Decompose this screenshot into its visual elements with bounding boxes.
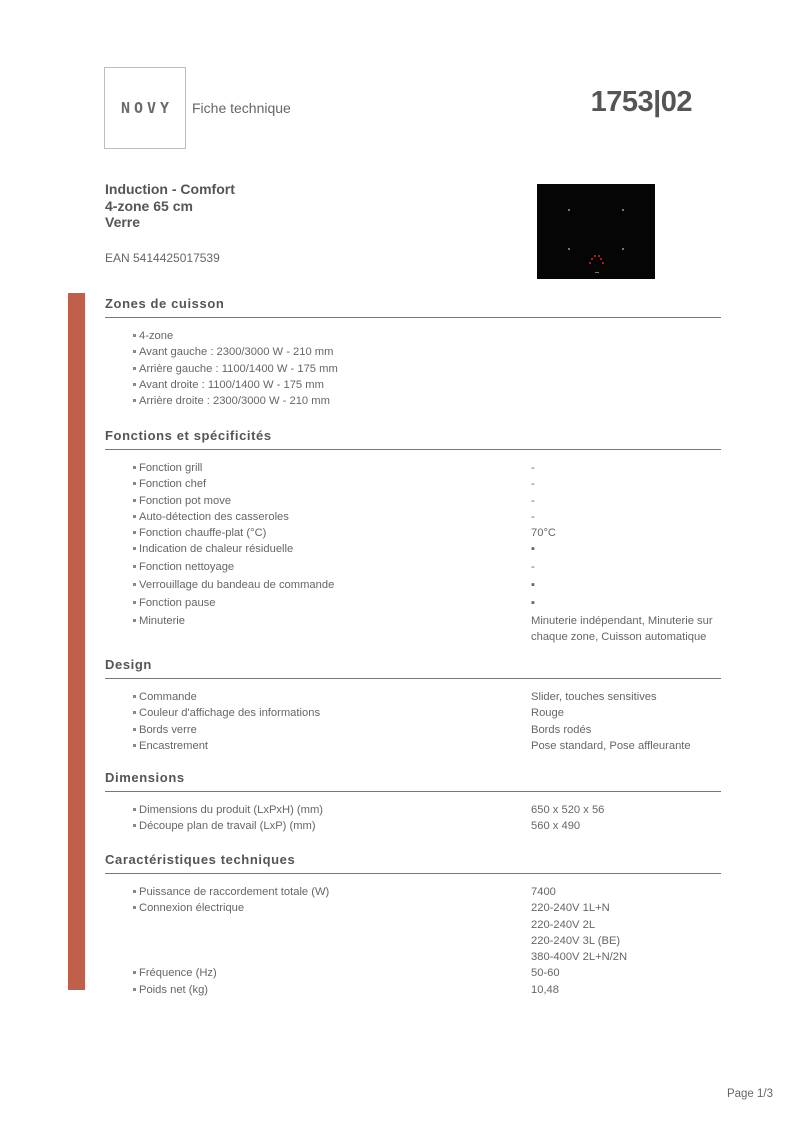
spec-label-text: Encastrement bbox=[133, 740, 208, 752]
spec-value: ▪ bbox=[531, 577, 721, 593]
spec-label: Fonction chef bbox=[105, 476, 531, 492]
spec-label: Fréquence (Hz) bbox=[105, 965, 531, 981]
spec-label: Connexion électrique bbox=[105, 900, 531, 965]
spec-label-text: Arrière droite : 2300/3000 W - 210 mm bbox=[133, 395, 330, 407]
spec-label: Fonction chauffe-plat (°C) bbox=[105, 525, 531, 541]
spec-label-text: Fonction nettoyage bbox=[133, 561, 234, 573]
spec-list: CommandeSlider, touches sensitivesCouleu… bbox=[105, 689, 721, 754]
spec-value: 220-240V 1L+N 220-240V 2L 220-240V 3L (B… bbox=[531, 900, 721, 965]
section-title: Dimensions bbox=[105, 770, 721, 792]
spec-label-text: Fonction pause bbox=[133, 597, 216, 609]
spec-row: Bords verreBords rodés bbox=[105, 722, 721, 738]
spec-label: Avant droite : 1100/1400 W - 175 mm bbox=[105, 377, 531, 393]
spec-row: Découpe plan de travail (LxP) (mm)560 x … bbox=[105, 818, 721, 834]
spec-label-text: Puissance de raccordement totale (W) bbox=[133, 886, 329, 898]
spec-label-text: Dimensions du produit (LxPxH) (mm) bbox=[133, 804, 323, 816]
spec-row: CommandeSlider, touches sensitives bbox=[105, 689, 721, 705]
spec-value bbox=[531, 377, 721, 393]
spec-value bbox=[531, 328, 721, 344]
spec-label: Arrière droite : 2300/3000 W - 210 mm bbox=[105, 393, 531, 409]
spec-row: 4-zone bbox=[105, 328, 721, 344]
novy-logo: NOVY bbox=[104, 67, 186, 149]
document-type: Fiche technique bbox=[192, 100, 291, 116]
spec-row: Couleur d'affichage des informationsRoug… bbox=[105, 705, 721, 721]
spec-value: Minuterie indépendant, Minuterie sur cha… bbox=[531, 613, 721, 646]
spec-label-text: Découpe plan de travail (LxP) (mm) bbox=[133, 820, 316, 832]
spec-label: Fonction grill bbox=[105, 460, 531, 476]
spec-value: - bbox=[531, 476, 721, 492]
spec-label-text: Fréquence (Hz) bbox=[133, 967, 217, 979]
spec-label-text: Fonction chauffe-plat (°C) bbox=[133, 527, 266, 539]
spec-value: - bbox=[531, 559, 721, 575]
spec-row: EncastrementPose standard, Pose affleura… bbox=[105, 738, 721, 754]
spec-label-text: Verrouillage du bandeau de commande bbox=[133, 579, 334, 591]
section-dimensions: DimensionsDimensions du produit (LxPxH) … bbox=[105, 770, 721, 835]
spec-row: Puissance de raccordement totale (W)7400 bbox=[105, 884, 721, 900]
product-title-line: 4-zone 65 cm bbox=[105, 198, 235, 215]
spec-row: MinuterieMinuterie indépendant, Minuteri… bbox=[105, 613, 721, 646]
spec-value: ▪ bbox=[531, 541, 721, 557]
spec-label: Minuterie bbox=[105, 613, 531, 646]
spec-value: - bbox=[531, 493, 721, 509]
spec-list: Fonction grill-Fonction chef-Fonction po… bbox=[105, 460, 721, 645]
spec-row: Connexion électrique220-240V 1L+N 220-24… bbox=[105, 900, 721, 965]
spec-label-text: Fonction chef bbox=[133, 478, 206, 490]
spec-label: Avant gauche : 2300/3000 W - 210 mm bbox=[105, 344, 531, 360]
spec-value: Bords rodés bbox=[531, 722, 721, 738]
logo-text: NOVY bbox=[121, 99, 173, 117]
spec-list: Dimensions du produit (LxPxH) (mm)650 x … bbox=[105, 802, 721, 835]
spec-row: Fonction pot move- bbox=[105, 493, 721, 509]
spec-value: Slider, touches sensitives bbox=[531, 689, 721, 705]
spec-label: Fonction pause bbox=[105, 595, 531, 611]
spec-label-text: 4-zone bbox=[133, 330, 173, 342]
spec-label: Verrouillage du bandeau de commande bbox=[105, 577, 531, 593]
spec-label-text: Avant gauche : 2300/3000 W - 210 mm bbox=[133, 346, 333, 358]
ean-code: EAN 5414425017539 bbox=[105, 251, 220, 265]
spec-label: Arrière gauche : 1100/1400 W - 175 mm bbox=[105, 361, 531, 377]
spec-label: 4-zone bbox=[105, 328, 531, 344]
spec-label-text: Poids net (kg) bbox=[133, 984, 208, 996]
spec-label-text: Fonction pot move bbox=[133, 495, 231, 507]
spec-label-text: Connexion électrique bbox=[133, 902, 244, 914]
spec-label: Dimensions du produit (LxPxH) (mm) bbox=[105, 802, 531, 818]
product-title-line: Induction - Comfort bbox=[105, 181, 235, 198]
spec-list: Puissance de raccordement totale (W)7400… bbox=[105, 884, 721, 998]
product-title: Induction - Comfort 4-zone 65 cm Verre bbox=[105, 181, 235, 231]
spec-value: 50-60 bbox=[531, 965, 721, 981]
spec-value: 560 x 490 bbox=[531, 818, 721, 834]
spec-value bbox=[531, 393, 721, 409]
spec-label-text: Avant droite : 1100/1400 W - 175 mm bbox=[133, 379, 324, 391]
spec-label-text: Arrière gauche : 1100/1400 W - 175 mm bbox=[133, 363, 338, 375]
spec-row: Verrouillage du bandeau de commande▪ bbox=[105, 577, 721, 593]
spec-row: Avant droite : 1100/1400 W - 175 mm bbox=[105, 377, 721, 393]
spec-row: Avant gauche : 2300/3000 W - 210 mm bbox=[105, 344, 721, 360]
spec-label-text: Fonction grill bbox=[133, 462, 202, 474]
spec-row: Fréquence (Hz)50-60 bbox=[105, 965, 721, 981]
spec-row: Arrière gauche : 1100/1400 W - 175 mm bbox=[105, 361, 721, 377]
spec-value bbox=[531, 361, 721, 377]
spec-value: 650 x 520 x 56 bbox=[531, 802, 721, 818]
page-number: Page 1/3 bbox=[727, 1088, 773, 1100]
section-title: Caractéristiques techniques bbox=[105, 852, 721, 874]
section-title: Design bbox=[105, 657, 721, 679]
section-title: Fonctions et spécificités bbox=[105, 428, 721, 450]
spec-row: Poids net (kg)10,48 bbox=[105, 982, 721, 998]
spec-label: Bords verre bbox=[105, 722, 531, 738]
spec-label: Découpe plan de travail (LxP) (mm) bbox=[105, 818, 531, 834]
spec-label: Couleur d'affichage des informations bbox=[105, 705, 531, 721]
spec-value: ▪ bbox=[531, 595, 721, 611]
section-fonctions-et-spécificités: Fonctions et spécificitésFonction grill-… bbox=[105, 428, 721, 645]
spec-label: Indication de chaleur résiduelle bbox=[105, 541, 531, 557]
spec-row: Fonction grill- bbox=[105, 460, 721, 476]
spec-label: Poids net (kg) bbox=[105, 982, 531, 998]
spec-row: Indication de chaleur résiduelle▪ bbox=[105, 541, 721, 557]
section-design: DesignCommandeSlider, touches sensitives… bbox=[105, 657, 721, 754]
spec-value: 7400 bbox=[531, 884, 721, 900]
spec-row: Arrière droite : 2300/3000 W - 210 mm bbox=[105, 393, 721, 409]
spec-label: Auto-détection des casseroles bbox=[105, 509, 531, 525]
spec-value: Pose standard, Pose affleurante bbox=[531, 738, 721, 754]
spec-label-text: Couleur d'affichage des informations bbox=[133, 707, 320, 719]
accent-bar bbox=[68, 293, 85, 990]
spec-label: Commande bbox=[105, 689, 531, 705]
section-title: Zones de cuisson bbox=[105, 296, 721, 318]
spec-list: 4-zoneAvant gauche : 2300/3000 W - 210 m… bbox=[105, 328, 721, 409]
spec-row: Auto-détection des casseroles- bbox=[105, 509, 721, 525]
spec-value: - bbox=[531, 460, 721, 476]
spec-value: 70°C bbox=[531, 525, 721, 541]
spec-value: Rouge bbox=[531, 705, 721, 721]
spec-value bbox=[531, 344, 721, 360]
spec-row: Fonction nettoyage- bbox=[105, 559, 721, 575]
spec-row: Fonction chef- bbox=[105, 476, 721, 492]
section-caractéristiques-techniques: Caractéristiques techniquesPuissance de … bbox=[105, 852, 721, 998]
spec-label-text: Commande bbox=[133, 691, 197, 703]
section-zones-de-cuisson: Zones de cuisson4-zoneAvant gauche : 230… bbox=[105, 296, 721, 409]
spec-label-text: Bords verre bbox=[133, 724, 197, 736]
spec-value: 10,48 bbox=[531, 982, 721, 998]
spec-row: Dimensions du produit (LxPxH) (mm)650 x … bbox=[105, 802, 721, 818]
spec-label: Encastrement bbox=[105, 738, 531, 754]
reference-number: 1753|02 bbox=[591, 86, 692, 119]
spec-label: Fonction nettoyage bbox=[105, 559, 531, 575]
product-image bbox=[537, 184, 655, 279]
spec-label-text: Minuterie bbox=[133, 615, 185, 627]
spec-label: Fonction pot move bbox=[105, 493, 531, 509]
spec-row: Fonction chauffe-plat (°C)70°C bbox=[105, 525, 721, 541]
product-title-line: Verre bbox=[105, 214, 235, 231]
spec-label: Puissance de raccordement totale (W) bbox=[105, 884, 531, 900]
spec-row: Fonction pause▪ bbox=[105, 595, 721, 611]
spec-label-text: Auto-détection des casseroles bbox=[133, 511, 289, 523]
spec-label-text: Indication de chaleur résiduelle bbox=[133, 543, 293, 555]
spec-value: - bbox=[531, 509, 721, 525]
